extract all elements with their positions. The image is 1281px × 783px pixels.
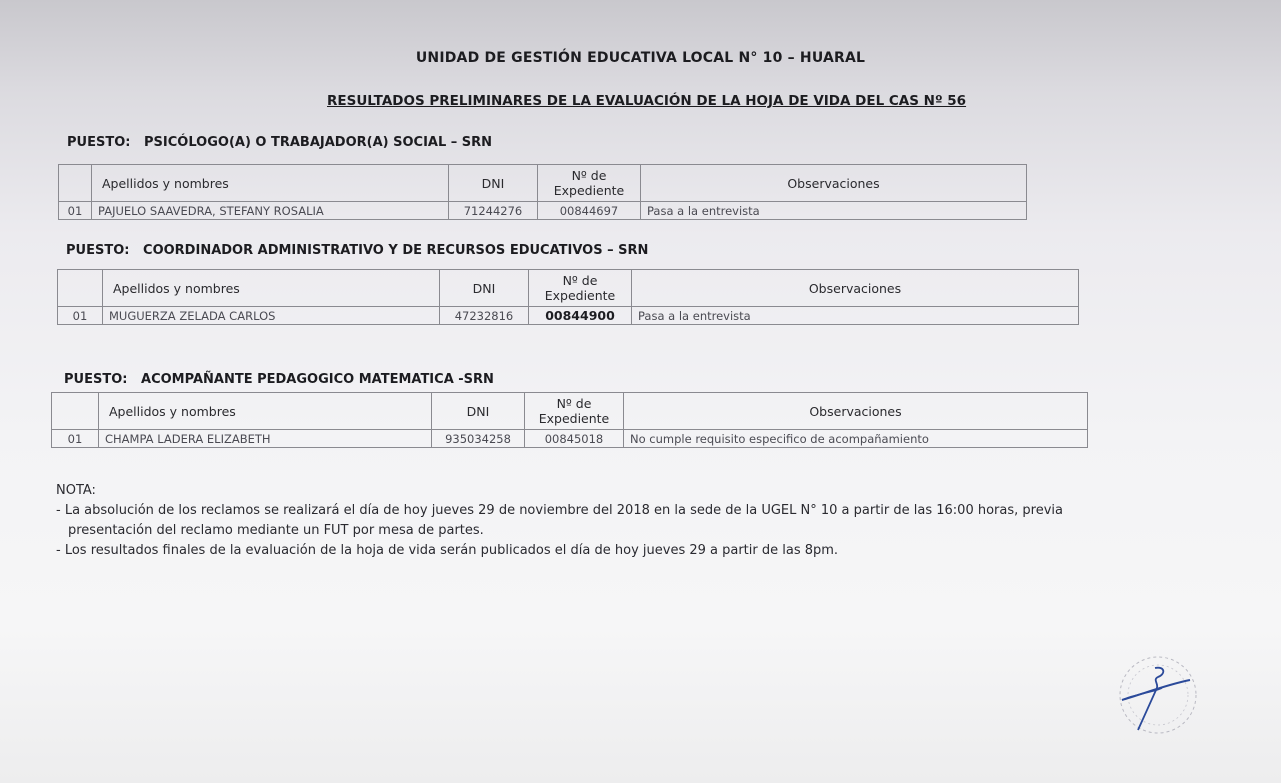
col-dni: DNI: [440, 270, 529, 307]
institution-title: UNIDAD DE GESTIÓN EDUCATIVA LOCAL N° 10 …: [0, 50, 1281, 66]
signature-stamp-icon: [1110, 650, 1210, 744]
results-table-3: Apellidos y nombres DNI Nº deExpediente …: [51, 392, 1088, 448]
table-header: Apellidos y nombres DNI Nº deExpediente …: [59, 165, 1027, 202]
document-title: RESULTADOS PRELIMINARES DE LA EVALUACIÓN…: [327, 93, 966, 109]
section-3-heading: PUESTO: ACOMPAÑANTE PEDAGOGICO MATEMATIC…: [64, 372, 494, 387]
puesto-value: COORDINADOR ADMINISTRATIVO Y DE RECURSOS…: [143, 243, 648, 258]
results-table-1: Apellidos y nombres DNI Nº deExpediente …: [58, 164, 1027, 220]
col-observaciones: Observaciones: [641, 165, 1027, 202]
table-row: 01 MUGUERZA ZELADA CARLOS 47232816 00844…: [58, 307, 1079, 325]
row-observaciones: Pasa a la entrevista: [641, 202, 1027, 220]
table-header: Apellidos y nombres DNI Nº deExpediente …: [52, 393, 1088, 430]
section-2-heading: PUESTO: COORDINADOR ADMINISTRATIVO Y DE …: [66, 243, 648, 258]
nota-label: NOTA:: [56, 483, 96, 498]
row-name: PAJUELO SAAVEDRA, STEFANY ROSALIA: [92, 202, 449, 220]
col-dni: DNI: [449, 165, 538, 202]
row-dni: 935034258: [432, 430, 525, 448]
col-index: [58, 270, 103, 307]
section-1-heading: PUESTO: PSICÓLOGO(A) O TRABAJADOR(A) SOC…: [67, 135, 492, 150]
col-index: [59, 165, 92, 202]
col-expediente: Nº deExpediente: [525, 393, 624, 430]
nota-item-2: - Los resultados finales de la evaluació…: [56, 543, 838, 558]
row-index: 01: [59, 202, 92, 220]
row-expediente: 00845018: [525, 430, 624, 448]
col-name: Apellidos y nombres: [92, 165, 449, 202]
puesto-label: PUESTO:: [66, 243, 129, 258]
puesto-value: PSICÓLOGO(A) O TRABAJADOR(A) SOCIAL – SR…: [144, 135, 492, 150]
col-observaciones: Observaciones: [632, 270, 1079, 307]
row-expediente: 00844900: [529, 307, 632, 325]
col-name: Apellidos y nombres: [103, 270, 440, 307]
table-row: 01 CHAMPA LADERA ELIZABETH 935034258 008…: [52, 430, 1088, 448]
row-name: MUGUERZA ZELADA CARLOS: [103, 307, 440, 325]
row-expediente: 00844697: [538, 202, 641, 220]
table-header: Apellidos y nombres DNI Nº deExpediente …: [58, 270, 1079, 307]
results-table-2: Apellidos y nombres DNI Nº deExpediente …: [57, 269, 1079, 325]
row-observaciones: Pasa a la entrevista: [632, 307, 1079, 325]
nota-item-1-line-1: - La absolución de los reclamos se reali…: [56, 503, 1063, 518]
row-dni: 47232816: [440, 307, 529, 325]
row-observaciones: No cumple requisito especifico de acompa…: [624, 430, 1088, 448]
row-index: 01: [58, 307, 103, 325]
col-observaciones: Observaciones: [624, 393, 1088, 430]
puesto-label: PUESTO:: [67, 135, 130, 150]
nota-item-1-line-2: presentación del reclamo mediante un FUT…: [68, 523, 484, 538]
col-expediente: Nº deExpediente: [529, 270, 632, 307]
puesto-value: ACOMPAÑANTE PEDAGOGICO MATEMATICA -SRN: [141, 372, 494, 387]
col-index: [52, 393, 99, 430]
row-name: CHAMPA LADERA ELIZABETH: [99, 430, 432, 448]
puesto-label: PUESTO:: [64, 372, 127, 387]
table-row: 01 PAJUELO SAAVEDRA, STEFANY ROSALIA 712…: [59, 202, 1027, 220]
row-index: 01: [52, 430, 99, 448]
row-dni: 71244276: [449, 202, 538, 220]
col-name: Apellidos y nombres: [99, 393, 432, 430]
col-dni: DNI: [432, 393, 525, 430]
col-expediente: Nº deExpediente: [538, 165, 641, 202]
